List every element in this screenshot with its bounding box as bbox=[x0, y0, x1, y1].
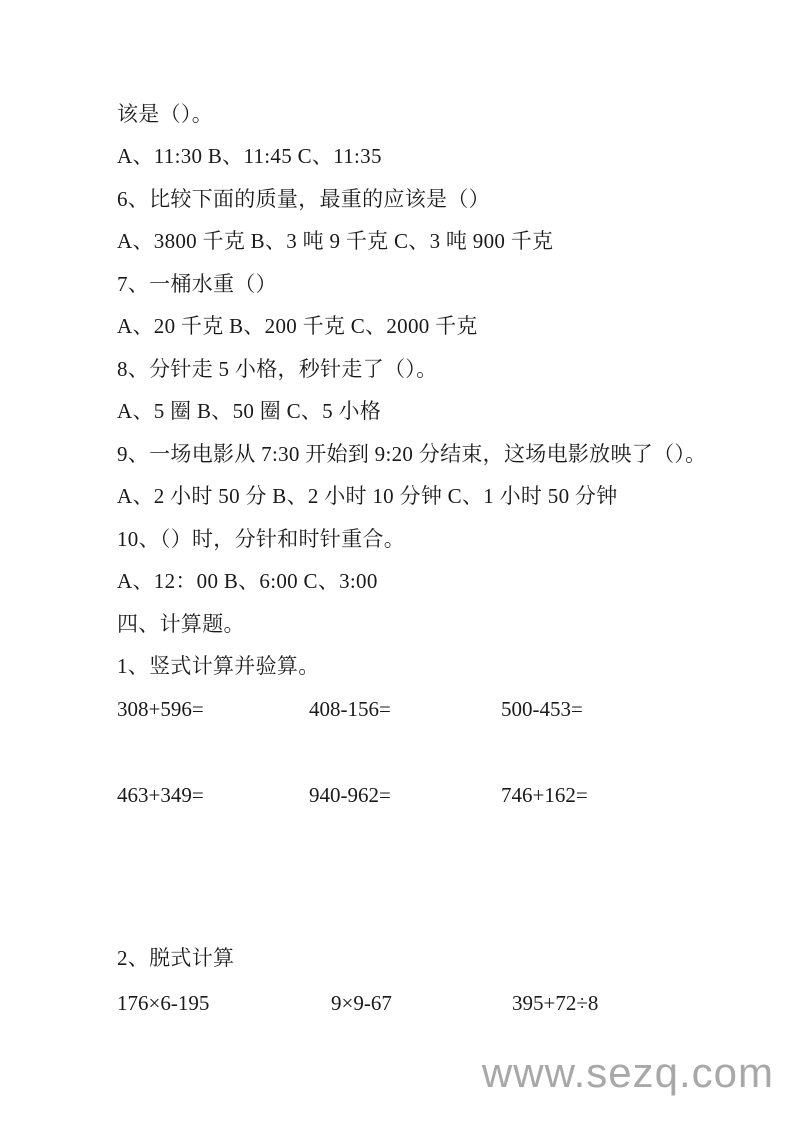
equation: 463+349= bbox=[117, 783, 204, 807]
section-4-heading: 四、计算题。 bbox=[117, 612, 245, 636]
equation: 308+596= bbox=[117, 697, 204, 721]
options-line-q10: A、12：00 B、6:00 C、3:00 bbox=[117, 569, 378, 593]
options-line-q6: A、3800 千克 B、3 吨 9 千克 C、3 吨 900 千克 bbox=[117, 229, 553, 253]
stepform-calc-row: 176×6-195 9×9-67 395+72÷8 bbox=[117, 991, 737, 1017]
site-watermark: www.sezq.com bbox=[482, 1052, 774, 1094]
carryover-text-line: 该是（）。 bbox=[117, 102, 213, 126]
question-8: 8、分针走 5 小格，秒针走了（）。 bbox=[117, 357, 437, 381]
question-10: 10、（）时，分针和时针重合。 bbox=[117, 527, 405, 551]
subsection-1-heading: 1、竖式计算并验算。 bbox=[117, 654, 320, 678]
equation: 500-453= bbox=[501, 697, 583, 721]
equation: 176×6-195 bbox=[117, 991, 209, 1015]
options-line-q9: A、2 小时 50 分 B、2 小时 10 分钟 C、1 小时 50 分钟 bbox=[117, 484, 618, 508]
equation: 408-156= bbox=[309, 697, 391, 721]
question-7: 7、一桶水重（） bbox=[117, 272, 277, 296]
subsection-2-heading: 2、脱式计算 bbox=[117, 946, 234, 970]
vertical-calc-row-1: 308+596= 408-156= 500-453= bbox=[117, 697, 737, 723]
equation: 395+72÷8 bbox=[512, 991, 598, 1015]
question-6: 6、比较下面的质量，最重的应该是（） bbox=[117, 187, 490, 211]
worksheet-page: 该是（）。 A、11:30 B、11:45 C、11:35 6、比较下面的质量，… bbox=[0, 0, 800, 1131]
equation: 9×9-67 bbox=[331, 991, 392, 1015]
equation: 746+162= bbox=[501, 783, 588, 807]
vertical-calc-row-2: 463+349= 940-962= 746+162= bbox=[117, 783, 737, 809]
options-line-q7: A、20 千克 B、200 千克 C、2000 千克 bbox=[117, 314, 478, 338]
options-line-q5: A、11:30 B、11:45 C、11:35 bbox=[117, 144, 382, 168]
options-line-q8: A、5 圈 B、50 圈 C、5 小格 bbox=[117, 399, 381, 423]
question-9: 9、一场电影从 7:30 开始到 9:20 分结束，这场电影放映了（）。 bbox=[117, 442, 706, 466]
equation: 940-962= bbox=[309, 783, 391, 807]
